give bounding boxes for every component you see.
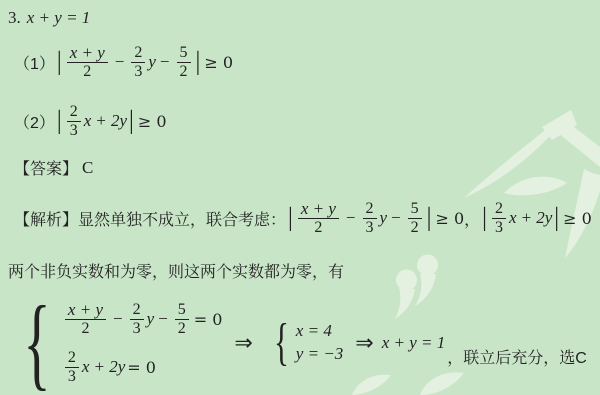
fraction-numerator: 2 [67,103,81,122]
plus-two-y-term: + 2y [95,111,127,131]
ge-zero: ≥ 0 [204,53,233,72]
final-equation: x + y = 1 [382,333,446,353]
abs-open-bar: | [288,203,293,233]
analysis-text: 显然单独不成立，联合考虑： [78,207,286,230]
reasoning-line: 两个非负实数和为零，则这两个实数都为零，有 [8,259,344,282]
fraction-two-thirds: 2 3 [130,301,144,338]
variable-x: x [84,111,92,131]
minus-operator: − [391,208,401,228]
minus-operator: − [160,52,170,72]
solution-brace: { [274,320,289,367]
fraction-denominator: 2 [175,320,189,338]
document-page: 3. x + y = 1 （1） | x + y 2 − 2 3 y − 5 2… [0,0,600,395]
variable-x: x [509,208,517,228]
problem-header-line: 3. x + y = 1 [8,8,90,28]
condition-2-line: （2） | 2 3 x + 2y | ≥ 0 [14,99,167,143]
fraction-numerator: 5 [177,44,191,63]
abs-close-bar: | [129,106,134,136]
fraction-numerator: 2 [131,44,145,63]
fraction-denominator: 2 [80,63,94,81]
fraction-five-halves: 5 2 [175,301,189,338]
fraction-numerator: 2 [492,200,506,219]
fraction-two-thirds: 2 3 [131,44,145,81]
answer-value: C [82,158,93,178]
conclusion-text: ，联立后充分，选C [447,345,587,368]
minus-operator: − [346,208,356,228]
fraction-denominator: 2 [311,219,325,237]
fraction-numerator: x + y [65,300,106,320]
reasoning-text: 两个非负实数和为零，则这两个实数都为零，有 [8,259,344,282]
fraction-denominator: 2 [78,320,92,338]
ge-zero: ≥ 0 [138,112,167,131]
fraction-xplusy-over-2: x + y 2 [67,43,108,81]
fraction-numerator: 2 [65,349,79,368]
fraction-numerator: 5 [408,200,422,219]
eq-zero: = 0 [127,358,156,377]
abs-close-bar: | [427,203,432,233]
fraction-two-thirds: 2 3 [492,200,506,237]
comma-separator: ， [464,207,480,230]
problem-statement: x + y = 1 [27,8,91,28]
condition-1-line: （1） | x + y 2 − 2 3 y − 5 2 | ≥ 0 [14,40,233,84]
fraction-five-halves: 5 2 [408,200,422,237]
abs-open-bar: | [482,203,487,233]
fraction-denominator: 3 [492,219,506,237]
fraction-denominator: 3 [131,63,145,81]
equation-column: x + y 2 − 2 3 y − 5 2 = 0 2 3 [62,297,222,389]
abs-close-bar: | [196,47,201,77]
fraction-numerator: 2 [130,301,144,320]
minus-operator: − [113,309,123,329]
watermark-stroke-right [558,121,600,167]
solution-x: x = 4 [296,322,344,341]
abs-open-bar: | [57,47,62,77]
variable-y: y [148,52,156,72]
answer-line: 【答案】 C [14,156,93,179]
analysis-line: 【解析】 显然单独不成立，联合考虑： | x + y 2 − 2 3 y − 5… [14,193,592,243]
system-solution-line: { x + y 2 − 2 3 y − 5 2 = 0 [12,291,587,395]
condition-2-label: （2） [14,110,55,133]
solution-column: x = 4 y = −3 [296,322,344,363]
plus-two-y-term: + 2y [93,357,125,377]
fraction-denominator: 3 [363,219,377,237]
fraction-five-halves: 5 2 [177,44,191,81]
system-brace: { [23,299,50,387]
fraction-denominator: 3 [130,320,144,338]
variable-y: y [380,208,388,228]
variable-y: y [147,309,155,329]
equation-1: x + y 2 − 2 3 y − 5 2 = 0 [62,297,222,341]
fraction-numerator: x + y [298,199,339,219]
fraction-numerator: 2 [363,200,377,219]
plus-two-y-term: + 2y [521,208,553,228]
abs-open-bar: | [57,106,62,136]
fraction-numerator: 5 [175,301,189,320]
condition-1-label: （1） [14,51,55,74]
solution-y: y = −3 [296,345,344,364]
fraction-denominator: 2 [177,63,191,81]
fraction-denominator: 3 [65,368,79,386]
fraction-denominator: 2 [408,219,422,237]
problem-number: 3. [8,8,21,28]
fraction-xplusy-over-2: x + y 2 [65,300,106,338]
fraction-two-thirds: 2 3 [67,103,81,140]
fraction-denominator: 3 [67,122,81,140]
eq-zero: = 0 [194,310,223,329]
variable-x: x [82,357,90,377]
fraction-two-thirds: 2 3 [363,200,377,237]
implies-arrow: ⇒ [234,331,252,356]
implies-arrow: ⇒ [355,331,373,356]
fraction-numerator: x + y [67,43,108,63]
minus-operator: − [158,309,168,329]
fraction-xplusy-over-2: x + y 2 [298,199,339,237]
minus-operator: − [115,52,125,72]
answer-tag: 【答案】 [14,156,78,179]
analysis-tag: 【解析】 [14,207,78,230]
abs-close-bar: | [554,203,559,233]
ge-zero: ≥ 0 [435,209,464,228]
ge-zero: ≥ 0 [563,209,592,228]
fraction-two-thirds: 2 3 [65,349,79,386]
equation-2: 2 3 x + 2y = 0 [62,345,222,389]
